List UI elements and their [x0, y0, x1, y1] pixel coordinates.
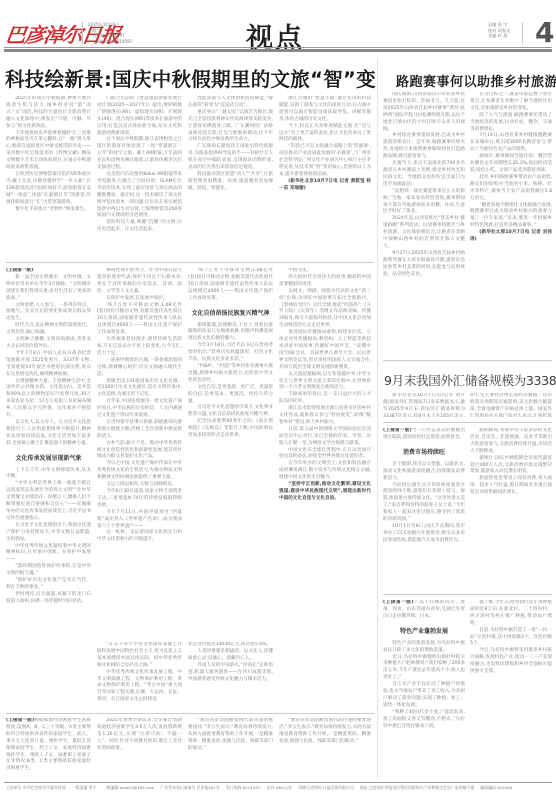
agri-article-col-2: 据了解,今年,石哈河镇红皮小麦种植面积近8万亩,在新北村、二十四份村、西羊场村等…: [470, 600, 552, 778]
paragraph: 这是馆内首次使用Kokai AR眼镜带来导览服务,它融合了空间识别、SLAM定位…: [97, 172, 182, 220]
paragraph: 浙江美术馆特别展出浙江省各市区的乡村文化作品,鼓励群众参与“村居展览”,助推“数…: [279, 406, 371, 427]
paragraph: 在陕西历史博物馆秦汉馆的VR体验区内,戴上头显,仿佛穿越时空“一步入画”,在12…: [6, 172, 91, 207]
lower-left-article: (上接第一版) 新一届全国文明城市、文明村镇、文明单位等名单在今年3月揭晓。“文…: [6, 268, 91, 776]
bottom-strip-col-3: 业企业营收达14030亿元,同比增长6%。 人类的情感是相通的。以文化人,读懂彼…: [188, 642, 273, 708]
editor-credits: 责编 张 宇 校对 胡春光 美编 杜 娟: [488, 22, 510, 39]
footer-address: 地址 巴彦淖尔市临河区利民西街和乌兰布和路交会处广电传媒大楼: [360, 785, 474, 790]
running-race-headline[interactable]: 路跑赛事何以助推乡村旅游?: [396, 71, 556, 90]
paragraph: 此外,乡村路跑赛事带动农产品销售,跑友们纷纷购买当地的小米、核桃、红枣等特产,赛…: [470, 175, 552, 203]
paragraph: 2025年春季学期以来,全市累计资助家庭经济困难学生3.6万人次,发放资助资金1…: [97, 718, 182, 753]
paragraph: 7月19日,山西省某乡村健康跑跑赛在省城举行,吸引超3000名跑者参与,带动了当…: [470, 133, 552, 154]
paragraph: 中国文化在全球化进程中,正在以更加开放包容的姿态,迎接全世界各地文化爱好者。: [279, 448, 371, 462]
paragraph: 在保护中发展,在发展中保护。: [97, 296, 182, 303]
paragraph: 文运与国运相牵,文脉与国脉相连。: [97, 482, 182, 489]
article-byline: (新华社太原10月7日电 记者 刘扬涛): [470, 230, 552, 244]
paragraph: 今日之中国,文化遗产保护传承让中华优秀传统文化的生机活力,为推动物质文明和精神文…: [97, 461, 182, 482]
subheading: 特色产业蓬勃发展: [383, 627, 465, 637]
paragraph: “我种了40亩红皮小麦,产量比较高,加工的面粉又香又有嚼劲,不愁卖。”乌拉特中旗…: [383, 710, 465, 731]
paragraph: 9月,受主要经济体宏观经济数据、货币政策及预期等因素影响,美元指数小幅震荡,全球…: [470, 393, 552, 417]
section-divider: [383, 422, 552, 423]
paragraph: 据统计,国庆中秋假期全市接待游客超过400万人次,文旅消费市场呈现繁荣景象,旅游…: [470, 456, 552, 477]
paragraph: 浙江古城的“智慧小镇”通过先进的科技赋能,实现了游客与文化的深度互动,在古镇中游…: [279, 96, 371, 124]
paragraph: “教育扶贫是阻断贫困代际传递的重要途径,”李云生表示,“教育局将持续发力,从阿方…: [188, 718, 273, 753]
main-article-col-3: 性能获取与人文体验相连结赋能,“静态观赏”转变为“沉浸式互动”。 重庆巫山“三峡…: [188, 96, 273, 246]
forex-article-col-1: 新华社北京10月7日电(记者 刘开雄)国家外汇管理局7日发布数据显示,截至202…: [383, 393, 465, 417]
paragraph: 上下五千年,中华文明绵延传承,从未中断。: [6, 468, 91, 482]
paragraph: 外国人玩转中国游火,“洋面孔”走街串巷,机器人服务游客——在四川成都等地,外国游…: [188, 663, 273, 684]
forex-headline[interactable]: 9月末我国外汇储备规模为33387亿美元: [384, 371, 556, 389]
paragraph: “中华文明是世界上唯一绵延不断且以国家形态发展至今的伟大文明”“让中华文明瑰宝永…: [6, 481, 91, 522]
paragraph: 76.7万处不可移动文物,1.08亿件(套)国有可移动文物,各级非遗代表性项目1…: [97, 303, 182, 338]
footer-email[interactable]: 一版编辑 bxrb01@163.com: [103, 785, 154, 790]
masthead-rule: [4, 47, 552, 48]
paragraph: 10月1日至8日,国庆节庆期间,我市举办了CCC星级汽车展销会,吸引众多市民参观…: [383, 524, 465, 545]
masthead-rule-thick: [4, 49, 552, 52]
article-byline: (新华社北京10月7日电 记者 黄筱莹 杨一苗 邓瑞璇): [279, 179, 371, 193]
forex-article-col-2: 9月,受主要经济体宏观经济数据、货币政策及预期等因素影响,美元指数小幅震荡,全球…: [470, 393, 552, 417]
paragraph: 中华优秀传统文化凝结着中华文明的精神标识,在传承中创新、在保护中发展——: [6, 544, 91, 565]
paragraph: “教育扶贫是阻断贫困代际传递的重要途径,”李云生表示,“教育局将持续发力,从阿方…: [279, 718, 371, 746]
paragraph: 乌拉特后旗宝日汗草原两座观景区游客络绎不绝,游客们在草原上骑马、射箭,体验蒙古族…: [383, 483, 465, 524]
section-divider: [383, 360, 552, 361]
paragraph: 新华社北京10月7日电(记者 刘开雄)国家外汇管理局7日发布数据显示,截至202…: [383, 393, 465, 417]
paragraph: 以交流超越隔阂,以互鉴超越冲突,中华文化在与世界文明交流互鉴的历程中,让世界看到…: [279, 372, 371, 393]
paragraph: 数字化手段也让“老物件”焕发新生。: [6, 207, 91, 214]
continued-label: (上接第一版): [6, 718, 34, 723]
consumer-article-col-2: 假期期间,各地举办丰富多彩的文化活动,音乐会、非遗展演、美食节等吸引大批游客参与…: [470, 428, 552, 586]
continued-label: (上接第一版): [383, 600, 414, 605]
paragraph: 一座座呼吸着的古城,一条条流淌着的古街,都被精心呵护,历史文脉融入现代生活。: [97, 358, 182, 379]
footer-price: 定价 436元/年: [266, 785, 292, 790]
paragraph: 今年7月11日,中国申报项目“西夏陵”成功列入《世界遗产名录》,成为我国第六十个…: [97, 510, 182, 531]
paragraph: 在为目标之一,赛道串联起数个景区景点,让参赛者在奔跑中了解当地的历史文化,近距离…: [470, 92, 552, 113]
paragraph: 千年敦煌的乐声能够穿越时空,三星堆的神秘面具可在掌心翻转,在“一路”进入掌心,畅…: [6, 131, 91, 172]
paragraph: 这一桩桩、见证着国家文化软实力和中华文化影响力的不断提升。: [97, 530, 182, 544]
main-article-col-2: 门联合出品的《智慧旅游创新发展行动计划(2025—2027年)》提出,要积极推广…: [97, 96, 182, 246]
footer-postcode: 邮政编码 015000: [480, 785, 512, 790]
lower-third-article: 中国文化。 伟大的时代孕育伟大的故事,精彩的中国需要精彩的讲述。 以网文、网剧、…: [279, 268, 371, 710]
paragraph: 76.7万处不可移动文物,1.08亿件(套)国有可移动文物,各级非遗代表性项目1…: [188, 268, 273, 303]
paragraph: 旅游热度也带动了商贸消费,各大商场、超市人气旺盛,假日期间全市重点商贸企业销售额…: [470, 476, 552, 497]
paragraph: 科技推动景区智慧“动人”“共享”,让旅游管理更加精准、高效,旅游服务更加便捷、舒…: [188, 172, 273, 193]
paragraph: “新时期创造性保护传承的,正是中华文明的根与魂。”: [6, 564, 91, 578]
paragraph: 重庆巫山“三峡记忆”以演艺为舞台,激光与全息投影将神女传说演绎得美轮美奂,让游客…: [188, 110, 273, 145]
main-headline[interactable]: 科技绘新景:国庆中秋假期里的文旅“智”变: [5, 64, 376, 92]
education-article-col-1: (上接第一版)根据家庭经济困难学生困难程度,设置A、B、C三个等级。A类主要帮助…: [6, 718, 91, 778]
paragraph: 在习近平文化思想指引下,我国文化遗产保护力度持续加大,中华文脉日益繁盛,生机勃发…: [6, 523, 91, 544]
education-article-col-2: 2025年春季学期以来,全市累计资助家庭经济困难学生3.6万人次,发放资助资金1…: [97, 718, 182, 778]
divider: [82, 22, 83, 44]
divider: [522, 22, 523, 44]
paragraph: 据了解,今年,石哈河镇红皮小麦种植面积近8万亩,在新北村、二十四份村、西羊场村等…: [470, 600, 552, 628]
paragraph: “没想到一场比赛能带来这么大的影响,”当地一家农家乐经营者说,赛事期间每天都有外…: [383, 189, 465, 217]
education-article-col-3: “教育扶贫是阻断贫困代际传递的重要途径,”李云生表示,“教育局将持续发力,从阿方…: [188, 718, 273, 778]
paragraph: 在增强精神力量、丰富精神生活中,全国共有公共图书馆、文化馆(站)、美术馆和90%…: [6, 379, 91, 420]
subheading: 文化传承发展呈现新气象: [6, 454, 91, 464]
designer-line: 美编 杜 娟: [488, 33, 510, 39]
running-article-col-2: 在为目标之一,赛道串联起数个景区景点,让参赛者在奔跑中了解当地的历史文化,近距离…: [470, 92, 552, 354]
paragraph: 中华优秀传统文化传承发展工程、中华文明探源工程、文物保护利用工程、革命文物保护利…: [97, 670, 182, 705]
paragraph: 今年3月18日,习近平总书记在贵州考察时指出:“贵州历史底蕴深厚、红色文化丰富、…: [188, 343, 273, 364]
paragraph: 中国文化。: [279, 268, 371, 275]
paragraph: 古朴气韵,薪火不息。推动中华优秀传统文化创造性转化和创新性发展,使其更好地成为群…: [97, 441, 182, 462]
paragraph: 在贵州黎平县肇兴侗寨,侗族歌师向游客展示侗族大歌,传统工艺在创新中焕发新的活力。: [97, 420, 182, 441]
paragraph: 借助科技力量,唤醒“沉睡”的文物,让历史活起来、让文化活起来。: [97, 220, 182, 234]
paragraph: 2025年的国庆中秋假期,神州大地洋溢着生机与活力,城乡经济因“旅”而兴,“文”…: [6, 96, 91, 131]
paragraph: 近日,乌拉特中旗德岭山镇杜村的玉米种植大户赵师傅说:“我们家种了200多亩玉米,…: [383, 655, 465, 683]
paragraph: 比赛当天,来自天南海北的700多名跑者在乡村赛道上奔跑,感受乡村风光和民俗文化。…: [383, 161, 465, 189]
paragraph: 日前,第五届中国网络文学国际论坛在国际会议中心举行,来自全球的作家、学者、出版人…: [279, 427, 371, 448]
section-divider: [383, 594, 552, 595]
bottom-strip-col-2: “在五千多年中华文明深厚基础上开辟和发展中国特色社会主义,把马克思主义基本原理同…: [97, 642, 182, 708]
article-byline: “坚持守正创新,推动文化繁荣,建设文化强国,建设中华民族现代文明”,展现出新时代…: [279, 482, 371, 503]
paragraph: 这个国庆中秋假期,浙江省博物馆之江馆区的游客有体验到了一场“穿越浙江一万年”的时…: [97, 137, 182, 172]
running-article-col-1: 国庆假期,山西省临汾市永和县乡村赛道里张灯结彩、热闹非凡。几天前,这场2025年…: [383, 92, 465, 354]
paragraph: 今年6月30日凌晨,国家文物专项资金下达,三星堆遗址74年的持续发掘取得新进展。: [97, 489, 182, 510]
paragraph: 据统计,赛事期间当地住宿、餐饮营业额比去年同期增长35.3%,夜间经济活跃,特色…: [470, 154, 552, 175]
paragraph: 以文化人,以文育人。在习近平文化思想指引下,人民的思想境界不断提升,精神状态更加…: [6, 420, 91, 448]
paragraph: 国庆假期,山西省临汾市永和县乡村赛道里张灯结彩、热闹非凡。几天前,这场2025年…: [383, 92, 465, 133]
paragraph: 人类的情感是相通的。以文化人,读懂彼此心灵;以诚心、爱戴内心人。: [188, 649, 273, 663]
paragraph: 这个假期,我市以文塑旅、以旅彰文,推动文化和旅游深度融合,持续激发消费新活力。: [383, 462, 465, 483]
paragraph: 文明创建,人人参与。一系列有特点、接地气、实实在在的变化和成效在群众身边发生。: [6, 303, 91, 324]
paragraph: 纪念抗战胜利80周年之际,《南京照相馆》《东极岛》等影片上映,中国故事以更加多样…: [188, 419, 273, 440]
consumer-article-col-1: (上接第一版)当一只形态灵动的糖画出现在眼前,游客纷纷驻足观赏,拍照留念。 消费…: [383, 428, 465, 586]
agri-article-col-1: (上接第一版)产品不仅畅销四川、贵州、河北、山东等国内省份,还通过外贸出口走向俄…: [383, 600, 465, 778]
column-rule: [377, 58, 378, 778]
masthead: 巴彦淖尔日报 2025年10月8日 星期三 广告热线:8214597 广告邮箱:…: [0, 0, 556, 54]
footer-rule: [4, 782, 552, 783]
paragraph: 除了人气与流量,路跑赛事还带动了当地经济的发展,拉动住宿、餐饮、交通等消费增长。: [470, 113, 552, 134]
paragraph: 文化自信,是更基础、更广泛、更深厚的自信,是更基本、更深沉、更持久的力量。: [188, 385, 273, 406]
section-divider: [6, 262, 374, 263]
footer-editor: 一版责编 李千: [72, 785, 97, 790]
paragraph: 广东珠海长隆海洋王国推出特色新服务,为游客提供AI导览助手——100台无人机在夜…: [188, 144, 273, 172]
footer-ad-license: 广告发布登记备案号 巴市监001号: [160, 785, 219, 790]
paragraph: 假期期间,各地举办丰富多彩的文化活动,音乐会、非遗展演、美食节等吸引大批游客参与…: [470, 428, 552, 456]
paragraph: 系统性保护的努力。作为中国石窟寺遗存的典型代表,保护不仅在于石窟本身,更在于其所…: [97, 268, 182, 296]
main-article-col-1: 2025年的国庆中秋假期,神州大地洋溢着生机与活力,城乡经济因“旅”而兴,“文”…: [6, 96, 91, 246]
paragraph: 伟大的时代孕育伟大的故事,精彩的中国需要精彩的讲述。: [279, 275, 371, 289]
paragraph: 时代节点,见证精神文明的深刻变迁。文明培育,凝心铸魂。: [6, 323, 91, 337]
paragraph: 银饰璀璨,苗绣精美,千百上,身着民族服饰的苗家儿女载歌载舞,用歌声和舞姿展现民族…: [188, 323, 273, 344]
paragraph: 性能获取与人文体验相连结赋能,“静态观赏”转变为“沉浸式互动”。: [188, 96, 273, 110]
continued-label: (上接第一版): [6, 268, 33, 273]
paragraph-text: 根据家庭经济困难学生困难程度,设置A、B、C三个等级。A类主要帮助符合特困供养条…: [6, 718, 91, 771]
paragraph: 文明种子播撒,文明风尚渐成,善善美大众认同的价值导向。: [6, 337, 91, 351]
paragraph: 2024年起,山西省推出“晋美乡村·健康路跑”系列活动。这项赛事将跑步与乡村旅游…: [383, 216, 465, 251]
footer-distribution-phone: 发行热线 8214597: [226, 785, 260, 790]
paragraph: “随着各地不断深化文体旅融合发展,路跑赛事已成为推动乡村振兴的重要力量,”一位专…: [470, 203, 552, 231]
paragraph: 在习近平文化思想的引领下,文化事业繁荣兴盛,文化自信昂扬民族复兴精气神。: [188, 405, 273, 419]
paragraph: 近年来,中国连续推进一批文化遗产保护项目,中华民族的历史积淀、人文内涵通过文化遗…: [97, 399, 182, 420]
paragraph: 目前,乌拉特中旗打造了一批“一村一品”示范村镇,其中国家级3个、自治区级5个。: [470, 628, 552, 649]
footer-imprint: 主办单位 中共巴彦淖尔市委宣传部 一版责编 李千 一版编辑 bxrb01@163…: [6, 785, 552, 791]
paragraph: “保护好历史文化遗产是功在当代、利在千秋的事业。”: [6, 578, 91, 592]
paragraph: 9月27日,2025年山西省首届乡村路跑系列赛在太原市阳曲县开跑,游客在沿途欣赏…: [383, 251, 465, 279]
paragraph: 特色产业的蓬勃发展,为乌拉特中旗农民开辟了多元化的增收渠道。: [383, 641, 465, 655]
footer-printer: 印刷 巴彦淖尔日报印务有限公司: [298, 785, 354, 790]
main-article-col-4: 浙江古城的“智慧小镇”通过先进的科技赋能,实现了游客与文化的深度互动,在古镇中游…: [279, 96, 371, 256]
paragraph: “在五千多年中华文明深厚基础上开辟和发展中国特色社会主义,把马克思主义基本原理同…: [97, 642, 182, 670]
paragraph: 业企业营收达14030亿元,同比增长6%。: [188, 642, 273, 649]
paragraph: 今年7月8日,中国人民抗日战争纪念馆展陈开放,1525张照片、3237件文物,全…: [6, 351, 91, 379]
paragraph: “村BA”、“村超”等乡村体育赛事火爆出圈,展现乡村振兴新活力,也彰显中华文化的…: [188, 364, 273, 385]
publication-info: 2025年10月8日 星期三 广告热线:8214597 广告邮箱:abc8214…: [88, 22, 132, 44]
section-divider: [6, 713, 374, 714]
paragraph: 在今年举办的文博会上,文化和科技融合成果琳琅满目,数字技术与传统文化相互交融,展…: [279, 461, 371, 482]
paragraph: 乡村体育赛事蓬勃发展,已成为乡村旅游的新名片。近年来,路跑赛事持续火热,各地结合…: [383, 133, 465, 161]
education-article-col-4: “教育扶贫是阻断贫困代际传递的重要途径,”李云生表示,“教育局将持续发力,从阿方…: [279, 718, 371, 778]
page-number: 4: [535, 16, 554, 49]
ad-email: 广告邮箱:abc8214597: [88, 39, 132, 45]
paragraph: 今后,乌拉特中旗将坚持推进乡村振兴战略,发展特色产业,推动一二三产业深度融合,为…: [470, 648, 552, 676]
continued-label: (上接第一版): [383, 428, 412, 433]
paragraph: 以网文、网剧、网游为代表的文化“新三样”出海,为讲好中国故事开拓出全新路径。《黑…: [279, 289, 371, 330]
paragraph: 伊河两岸,灯光氤氲,夜幕下的龙门石窟游人如织,仿佛一场穿越时空的对话。: [6, 592, 91, 606]
subheading: 消费市场持续旺: [383, 448, 465, 458]
paragraph: “科技已不是文旅融合道路上的‘选修课’,而是推动产业高质量发展的‘必修课’。”广…: [279, 144, 371, 179]
paragraph: 当下,科技正从各维度赋能文旅,让“诗与远方”有了更丰富的表达,也让文化传承有了更…: [279, 124, 371, 145]
subheading: 文化自信昂扬民族复兴精气神: [188, 309, 273, 319]
paragraph: 在传统街巷间漫步,感悟传统生活韵味,写在巴彦淖尔平原上的变化,古今交汇,活力十足…: [97, 337, 182, 358]
footer-publisher: 主办单位 中共巴彦淖尔市委宣传部: [6, 785, 66, 790]
editor-line: 责编 张 宇: [488, 22, 510, 28]
paragraph: 新一届全国文明城市、文明村镇、文明单位等名单在今年3月揭晓。“文明城市创建让我们…: [6, 275, 91, 303]
paragraph: 放眼全国,141座国家历史文化名城、近1300片历史文化街区,活在文明传承中,文…: [97, 379, 182, 400]
paragraph: 门联合出品的《智慧旅游创新发展行动计划(2025—2027年)》提出,要积极推广…: [97, 96, 182, 137]
paragraph: 推进国际传播格局重构,构建多层次、立体式对外传播格局,利用AI、人工智能等新技术…: [279, 330, 371, 371]
paragraph: 丰硕成果的背后,是一支日益壮大的人才队伍的托举。: [279, 392, 371, 406]
paragraph: 自玉米产业不仅拉动了种植户的增收,也为当地农户带来了务工收入,为贫困户解决了就业…: [383, 682, 465, 710]
